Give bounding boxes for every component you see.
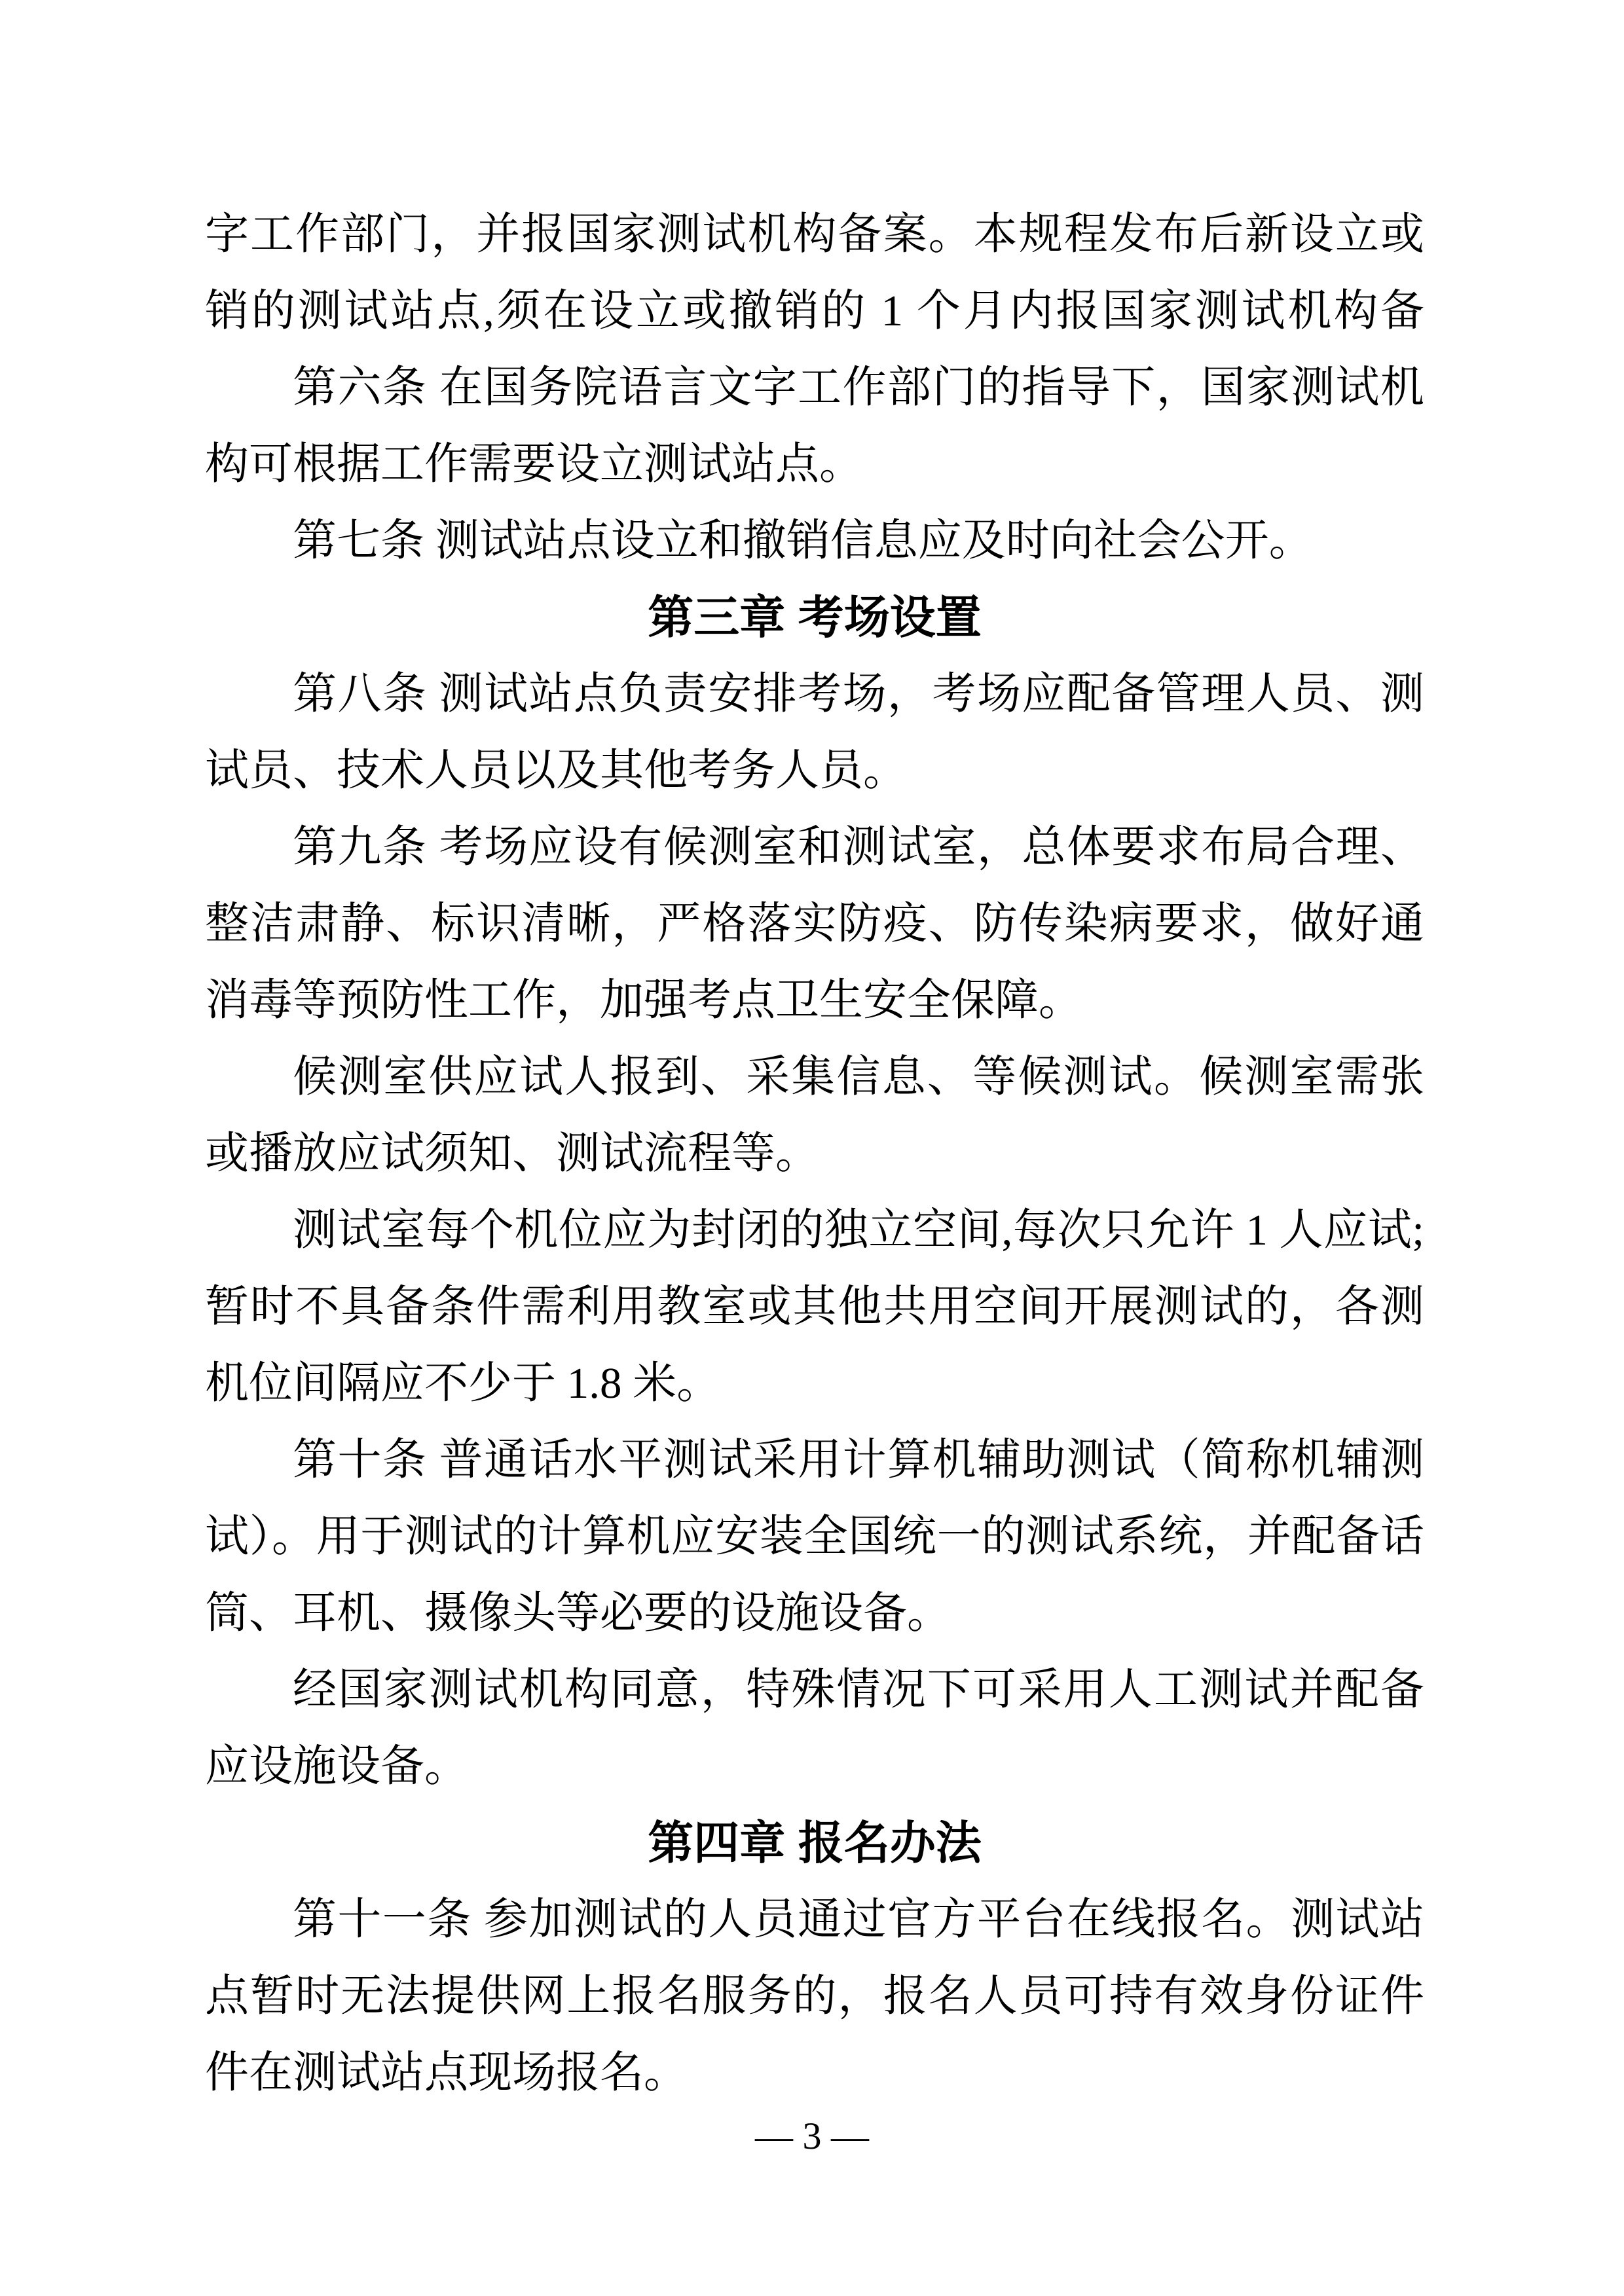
text-line: 应设施设备。: [205, 1728, 1424, 1805]
text-line: 机位间隔应不少于 1.8 米。: [205, 1345, 1424, 1422]
text-line: 构可根据工作需要设立测试站点。: [205, 426, 1424, 503]
text-line: 试）。用于测试的计算机应安装全国统一的测试系统，并配备话: [205, 1499, 1424, 1575]
chapter-heading-4: 第四章 报名办法: [205, 1805, 1424, 1882]
text-line: 试员、技术人员以及其他考务人员。: [205, 733, 1424, 809]
article-7-line: 第七条 测试站点设立和撤销信息应及时向社会公开。: [205, 503, 1424, 579]
text-line: 候测室供应试人报到、采集信息、等候测试。候测室需张贴: [205, 1039, 1424, 1116]
text-line: 筒、耳机、摄像头等必要的设施设备。: [205, 1575, 1424, 1652]
document-page: 字工作部门，并报国家测试机构备案。本规程发布后新设立或撤 销的测试站点,须在设立…: [0, 0, 1624, 2296]
chapter-heading-3: 第三章 考场设置: [205, 579, 1424, 656]
article-10-line: 第十条 普通话水平测试采用计算机辅助测试（简称机辅测: [205, 1422, 1424, 1499]
text-line: 字工作部门，并报国家测试机构备案。本规程发布后新设立或撤: [205, 196, 1424, 273]
text-line: 整洁肃静、标识清晰，严格落实防疫、防传染病要求，做好通风: [205, 886, 1424, 962]
text-line: 销的测试站点,须在设立或撤销的 1 个月内报国家测试机构备案。: [205, 273, 1424, 350]
text-line: 消毒等预防性工作，加强考点卫生安全保障。: [205, 962, 1424, 1039]
article-8-line: 第八条 测试站点负责安排考场，考场应配备管理人员、测: [205, 656, 1424, 733]
text-line: 测试室每个机位应为封闭的独立空间,每次只允许 1 人应试;: [205, 1192, 1424, 1269]
text-line: 或播放应试须知、测试流程等。: [205, 1116, 1424, 1192]
article-6-line: 第六条 在国务院语言文字工作部门的指导下，国家测试机: [205, 350, 1424, 426]
text-line: 经国家测试机构同意，特殊情况下可采用人工测试并配备相: [205, 1652, 1424, 1728]
page-number: — 3 —: [0, 2098, 1624, 2174]
document-text-block: 字工作部门，并报国家测试机构备案。本规程发布后新设立或撤 销的测试站点,须在设立…: [205, 196, 1424, 2111]
article-11-line: 第十一条 参加测试的人员通过官方平台在线报名。测试站: [205, 1882, 1424, 1958]
article-9-line: 第九条 考场应设有候测室和测试室，总体要求布局合理、: [205, 809, 1424, 886]
text-line: 点暂时无法提供网上报名服务的，报名人员可持有效身份证件原: [205, 1958, 1424, 2035]
text-line: 暂时不具备条件需利用教室或其他共用空间开展测试的，各测试: [205, 1269, 1424, 1345]
